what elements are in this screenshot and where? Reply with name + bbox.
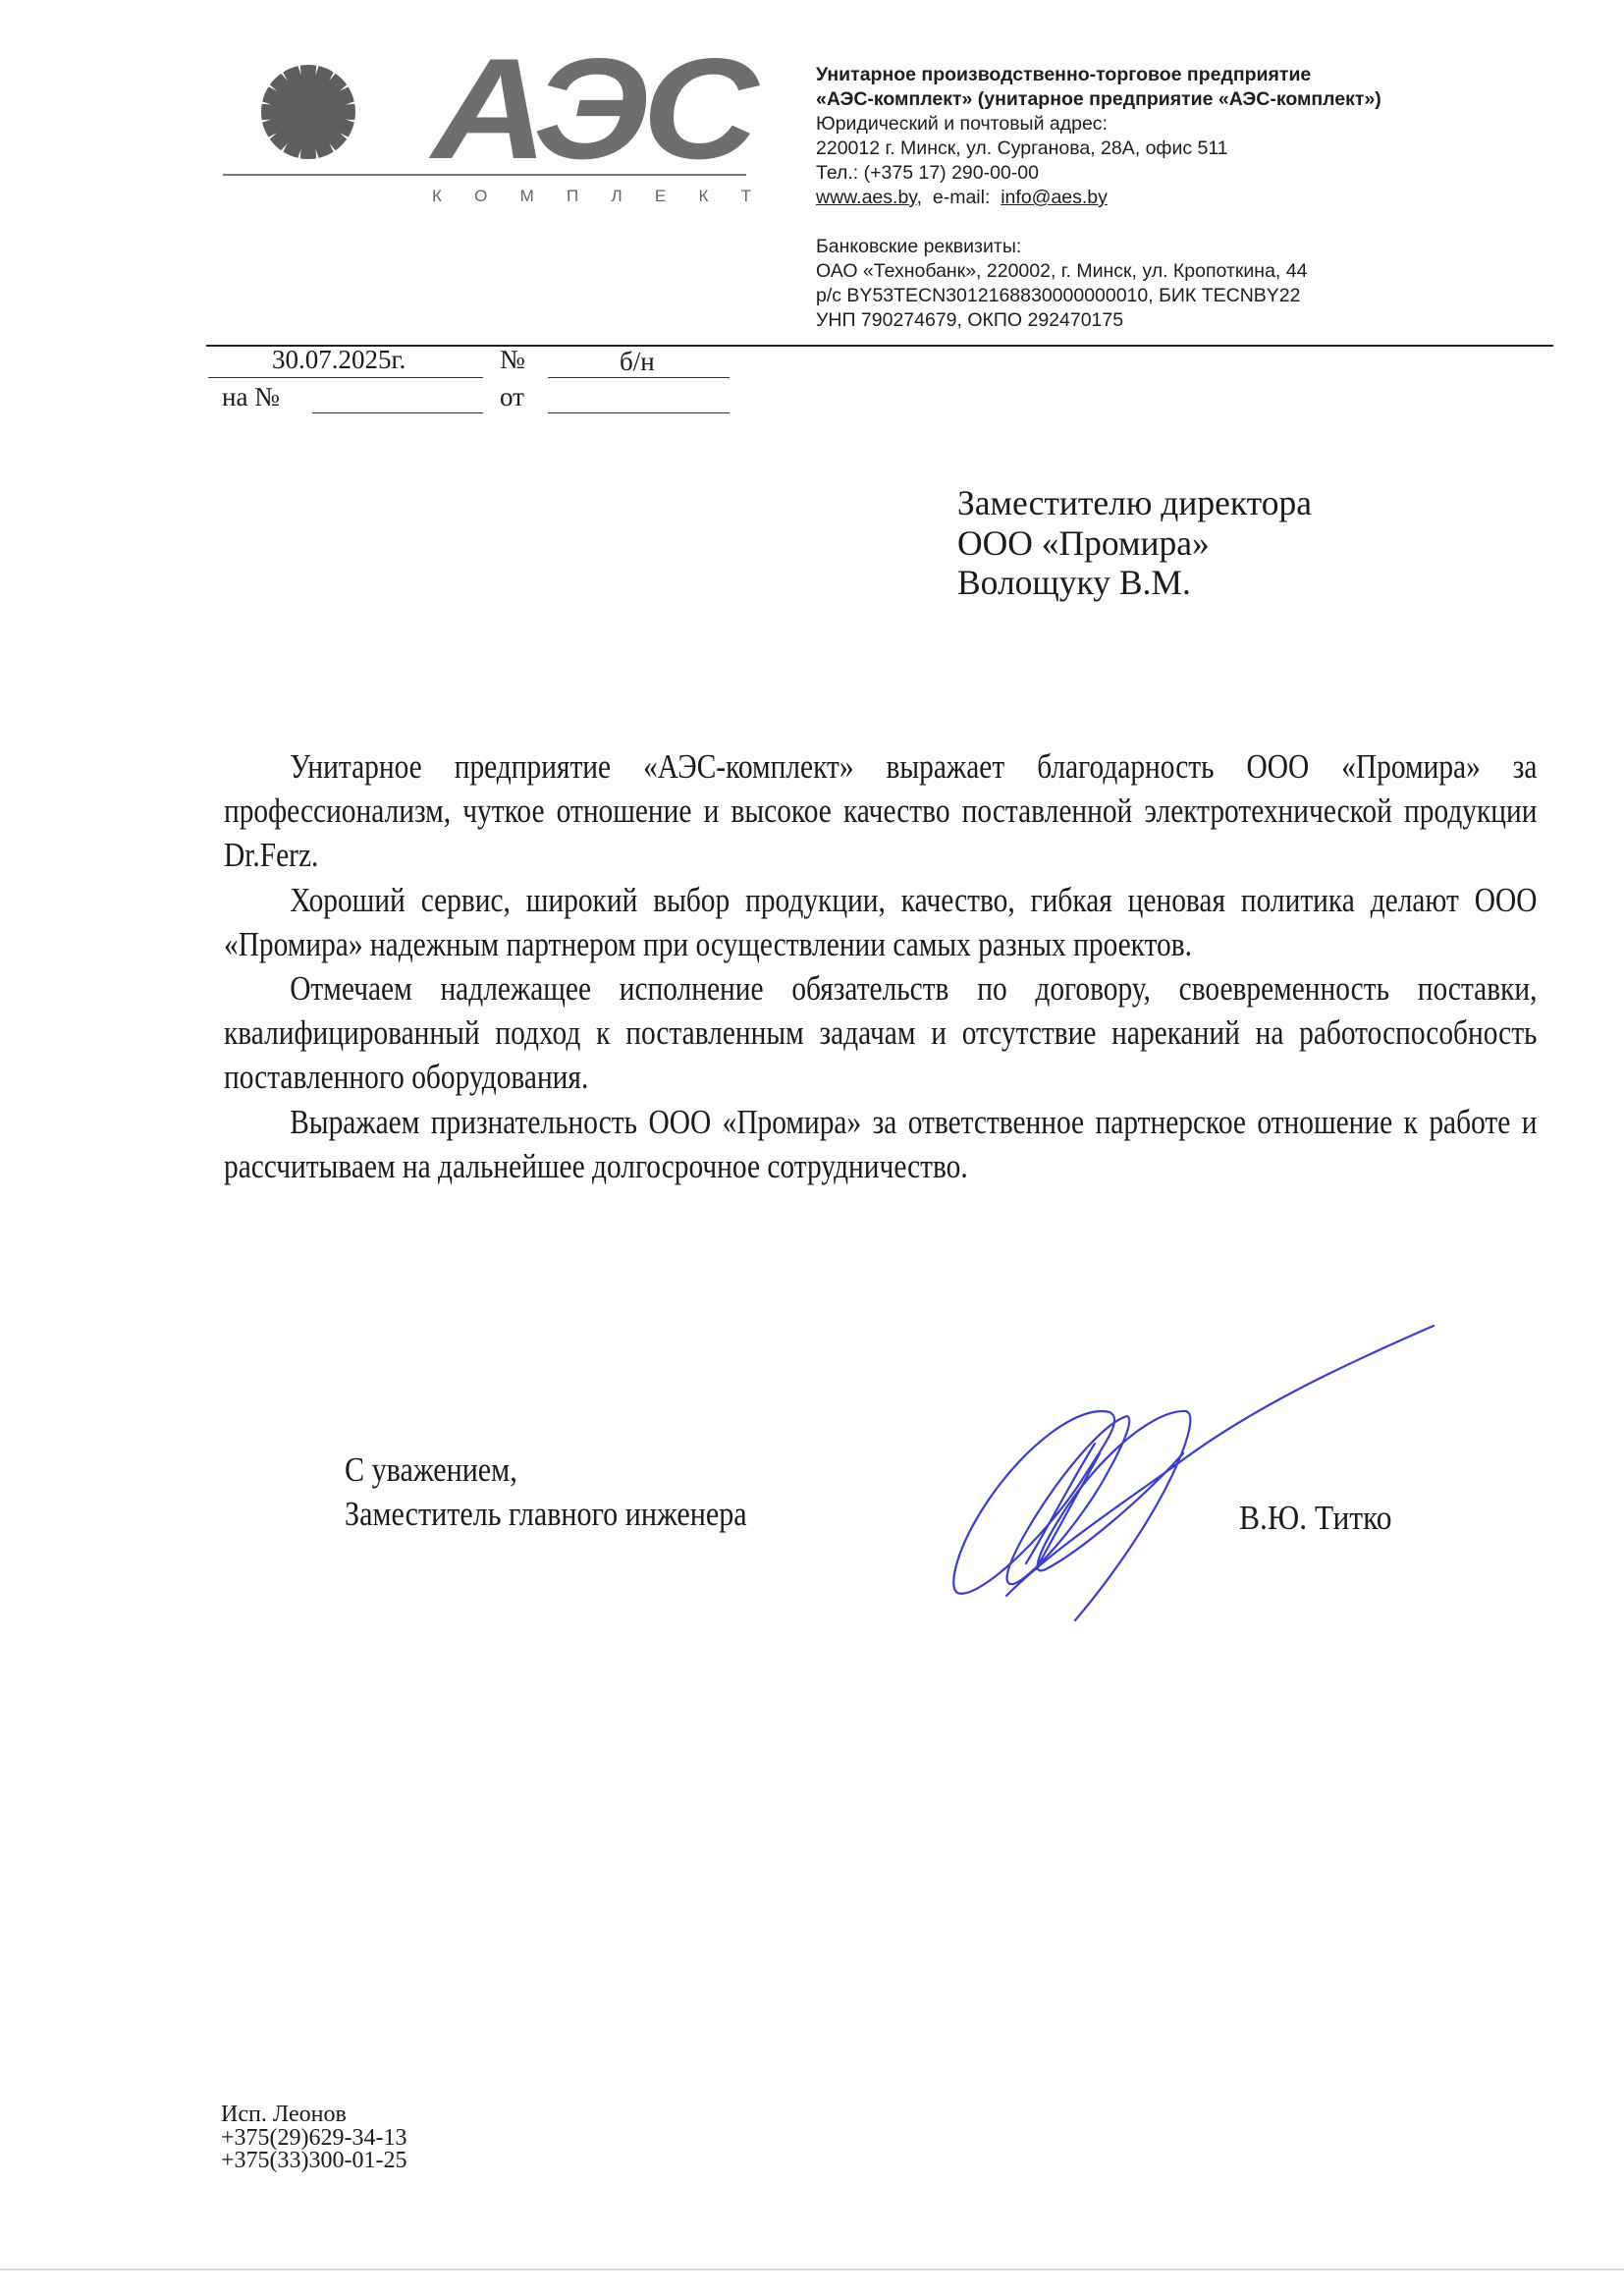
letter-body: Унитарное предприятие «АЭС-комплект» выр…	[224, 744, 1538, 1188]
from-label: от	[500, 382, 524, 411]
logo-subtitle: К О М П Л Е К Т	[432, 185, 751, 208]
bank-account: р/с BY53TECN3012168830000000010, БИК TEC…	[816, 284, 1523, 308]
executor-name: Исп. Леонов	[221, 2104, 407, 2127]
email-link[interactable]: info@aes.by	[1001, 187, 1108, 208]
salutation: С уважением,	[345, 1448, 747, 1492]
signer-position: Заместитель главного инженера	[345, 1492, 747, 1536]
logo-subtitle-letter: М	[520, 187, 534, 206]
closing-block: С уважением, Заместитель главного инжене…	[345, 1448, 747, 1536]
handwritten-signature	[933, 1306, 1453, 1630]
logo-subtitle-letter: Е	[655, 187, 666, 206]
website-link[interactable]: www.aes.by	[816, 187, 917, 208]
ref-number-label: на №	[222, 382, 280, 411]
logo-subtitle-letter: Т	[741, 187, 751, 206]
company-name-line1: Унитарное производственно-торговое предп…	[816, 63, 1523, 87]
ref-number-field-line	[312, 412, 483, 413]
from-date-field-line	[548, 412, 730, 413]
addressee-block: Заместителю директора ООО «Промира» Воло…	[957, 483, 1312, 603]
signer-name: В.Ю. Титко	[1239, 1496, 1392, 1540]
header-divider	[206, 345, 1553, 347]
executor-phone-2: +375(33)300-01-25	[221, 2150, 407, 2173]
letter-number: б/н	[620, 347, 655, 376]
addressee-name: Волощуку В.М.	[957, 563, 1312, 603]
company-name-line2: «АЭС-комплект» (унитарное предприятие «А…	[816, 87, 1523, 112]
sun-rays-icon	[245, 51, 388, 174]
bank-name: ОАО «Технобанк», 220002, г. Минск, ул. К…	[816, 259, 1523, 284]
letter-date: 30.07.2025г.	[272, 345, 406, 374]
addressee-position: Заместителю директора	[957, 483, 1312, 523]
body-paragraph: Унитарное предприятие «АЭС-комплект» выр…	[224, 744, 1537, 878]
number-label: №	[500, 345, 525, 374]
executor-block: Исп. Леонов +375(29)629-34-13 +375(33)30…	[221, 2104, 407, 2173]
company-phone: Тел.: (+375 17) 290-00-00	[816, 161, 1523, 186]
logo-subtitle-letter: О	[474, 187, 487, 206]
logo-wordmark: АЭС	[432, 47, 795, 170]
body-paragraph: Выражаем признательность ООО «Промира» з…	[224, 1100, 1537, 1188]
logo-subtitle-letter: К	[432, 187, 442, 206]
logo-divider	[223, 174, 746, 176]
body-paragraph: Хороший сервис, широкий выбор продукции,…	[224, 878, 1537, 966]
logo-subtitle-letter: К	[698, 187, 708, 206]
address-label: Юридический и почтовый адрес:	[816, 112, 1523, 137]
body-paragraph: Отмечаем надлежащее исполнение обязатель…	[224, 966, 1537, 1100]
addressee-company: ООО «Промира»	[957, 523, 1312, 564]
logo-subtitle-letter: П	[567, 187, 578, 206]
company-ids: УНП 790274679, ОКПО 292470175	[816, 308, 1523, 333]
date-field-line	[208, 377, 483, 378]
bank-label: Банковские реквизиты:	[816, 235, 1523, 259]
number-field-line	[548, 377, 730, 378]
executor-phone-1: +375(29)629-34-13	[221, 2127, 407, 2151]
logo-subtitle-letter: Л	[611, 187, 622, 206]
page-edge	[0, 2269, 1624, 2270]
company-address: 220012 г. Минск, ул. Сурганова, 28А, офи…	[816, 137, 1523, 161]
email-label: , e-mail:	[917, 187, 1001, 208]
company-letterhead: Унитарное производственно-торговое предп…	[816, 63, 1523, 333]
company-contacts: www.aes.by, e-mail: info@aes.by	[816, 186, 1523, 210]
